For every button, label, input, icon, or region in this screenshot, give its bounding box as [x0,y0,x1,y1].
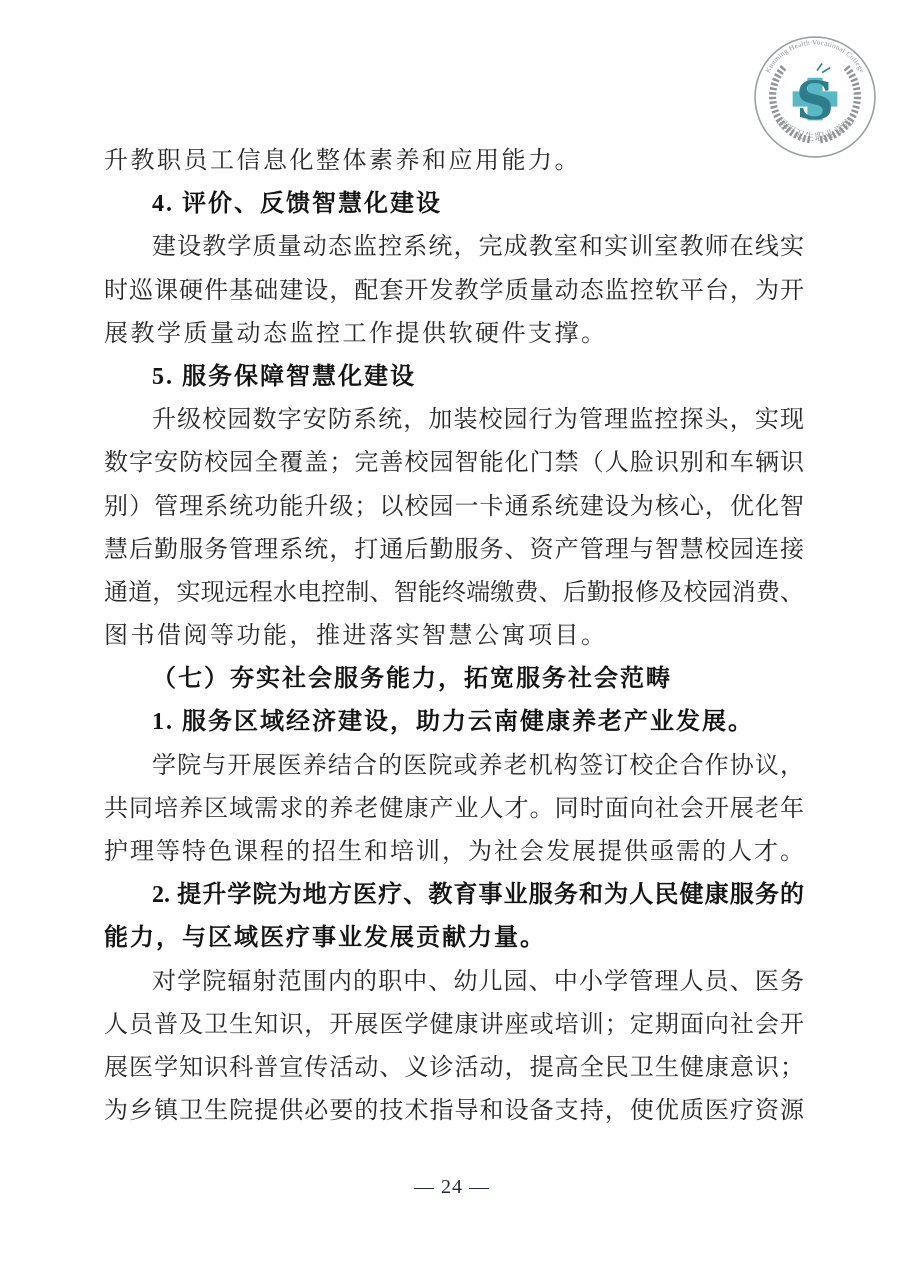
heading-line: 2. 提升学院为地方医疗、教育事业服务和为人民健康服务的 [104,874,804,917]
dragon-icon: S [796,63,834,132]
text-line: 通道，实现远程水电控制、智能终端缴费、后勤报修及校园消费、 [104,572,804,615]
text-line: 学院与开展医养结合的医院或养老机构签订校企合作协议， [104,745,804,788]
text-line: 别）管理系统功能升级；以校园一卡通系统建设为核心，优化智 [104,486,804,529]
heading-line: 1. 服务区域经济建设，助力云南健康养老产业发展。 [104,701,804,744]
document-body: 升教职员工信息化整体素养和应用能力。4. 评价、反馈智慧化建设建设教学质量动态监… [104,140,804,1133]
text-line: 护理等特色课程的招生和培训，为社会发展提供亟需的人才。 [104,831,804,874]
text-line: 建设教学质量动态监控系统，完成教室和实训室教师在线实 [104,226,804,269]
text-line: 展医学知识科普宣传活动、义诊活动，提高全民卫生健康意识； [104,1047,804,1090]
text-line: 数字安防校园全覆盖；完善校园智能化门禁（人脸识别和车辆识 [104,442,804,485]
text-line: 为乡镇卫生院提供必要的技术指导和设备支持，使优质医疗资源 [104,1090,804,1133]
heading-line: 能力，与区域医疗事业发展贡献力量。 [104,917,804,960]
text-line: 对学院辐射范围内的职中、幼儿园、中小学管理人员、医务 [104,961,804,1004]
svg-text:S: S [796,70,834,132]
text-line: 时巡课硬件基础建设，配套开发教学质量动态监控软平台，为开 [104,270,804,313]
text-line: 升教职员工信息化整体素养和应用能力。 [104,140,804,183]
text-line: 升级校园数字安防系统，加装校园行为管理监控探头，实现 [104,399,804,442]
heading-line: 5. 服务保障智慧化建设 [104,356,804,399]
text-line: 人员普及卫生知识，开展医学健康讲座或培训；定期面向社会开 [104,1004,804,1047]
page-footer: — 24 — [0,1176,904,1199]
document-page: Kunming Health Vocational College S 昆明卫生… [0,0,904,1280]
text-line: 共同培养区域需求的养老健康产业人才。同时面向社会开展老年 [104,788,804,831]
text-line: 图书借阅等功能，推进落实智慧公寓项目。 [104,615,804,658]
heading-line: （七）夯实社会服务能力，拓宽服务社会范畴 [104,658,804,701]
text-line: 展教学质量动态监控工作提供软硬件支撑。 [104,313,804,356]
page-number: — 24 — [414,1176,490,1198]
text-line: 慧后勤服务管理系统，打通后勤服务、资产管理与智慧校园连接 [104,529,804,572]
heading-line: 4. 评价、反馈智慧化建设 [104,183,804,226]
